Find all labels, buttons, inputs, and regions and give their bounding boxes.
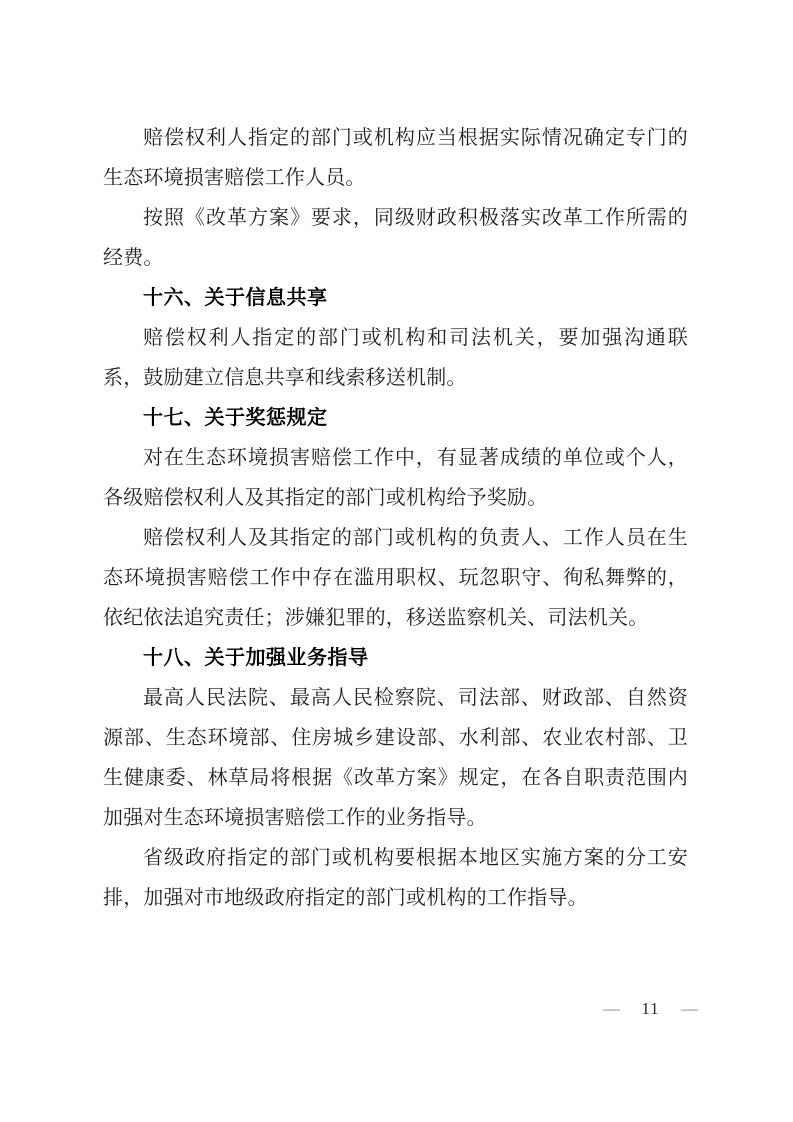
page-number: 11 [641,998,659,1020]
document-body: 赔偿权利人指定的部门或机构应当根据实际情况确定专门的生态环境损害赔偿工作人员。 … [103,118,688,918]
paragraph-accountability: 赔偿权利人及其指定的部门或机构的负责人、工作人员在生态环境损害赔偿工作中存在滥用… [103,518,688,638]
paragraph-funding: 按照《改革方案》要求，同级财政积极落实改革工作所需的经费。 [103,198,688,278]
paragraph-staffing: 赔偿权利人指定的部门或机构应当根据实际情况确定专门的生态环境损害赔偿工作人员。 [103,118,688,198]
document-page: 赔偿权利人指定的部门或机构应当根据实际情况确定专门的生态环境损害赔偿工作人员。 … [0,0,793,1122]
section-heading-17-rewards-punishments: 十七、关于奖惩规定 [103,398,688,438]
footer-dash-right: — [681,998,698,1020]
paragraph-central-ministries-guidance: 最高人民法院、最高人民检察院、司法部、财政部、自然资源部、生态环境部、住房城乡建… [103,678,688,838]
footer-dash-left: — [603,998,620,1020]
paragraph-provincial-guidance: 省级政府指定的部门或机构要根据本地区实施方案的分工安排，加强对市地级政府指定的部… [103,838,688,918]
page-footer: — 11 — [603,998,698,1020]
paragraph-rewards: 对在生态环境损害赔偿工作中，有显著成绩的单位或个人，各级赔偿权利人及其指定的部门… [103,438,688,518]
paragraph-information-sharing: 赔偿权利人指定的部门或机构和司法机关，要加强沟通联系，鼓励建立信息共享和线索移送… [103,318,688,398]
section-heading-16-information-sharing: 十六、关于信息共享 [103,278,688,318]
section-heading-18-business-guidance: 十八、关于加强业务指导 [103,638,688,678]
